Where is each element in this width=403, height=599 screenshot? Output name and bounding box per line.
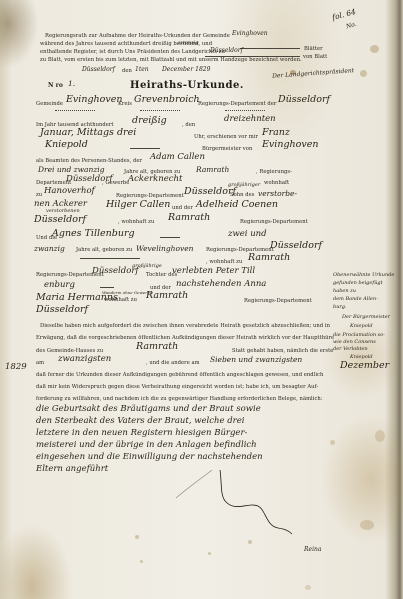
body-hand: Düsseldorf	[34, 214, 86, 225]
body-hand: Drei und zwanzig	[38, 165, 105, 174]
margin-note-line: der Verlobten	[333, 346, 368, 352]
body-hand: verstorbe-	[258, 189, 297, 198]
body-hand: zwei und	[228, 229, 267, 239]
body-hand: Eltern angeführt	[36, 464, 108, 474]
body-hand: Ackerknecht	[128, 174, 182, 184]
body-hand: dreißig	[132, 115, 167, 126]
body-hand: Kniepold	[45, 139, 88, 150]
header-blaetter: Blätter	[304, 46, 323, 53]
number-hand: 1.	[68, 79, 75, 88]
body-hand: enburg	[44, 280, 75, 290]
body-print: forderung zu willfahren, und nachdem ich…	[36, 396, 323, 403]
marriage-certificate-page: fol. 64 No. Regierungsrath zur Aufnahme …	[0, 0, 403, 599]
body-hand: Sieben und zwanzigsten	[210, 355, 302, 364]
margin-note-line: die Proclamation so-	[333, 332, 385, 338]
body-print: Uhr, erschienen vor mir	[194, 134, 258, 141]
body-hand: Franz	[262, 127, 290, 138]
president-signature: Der Landgerichtspräsident	[272, 67, 355, 80]
margin-note-line: burg.	[333, 304, 347, 310]
kreis-label: Kreis	[118, 101, 132, 108]
divider	[140, 110, 180, 111]
body-hand: Hanoverhof	[44, 186, 95, 196]
divider	[225, 110, 265, 111]
closing-word: Reina	[304, 546, 321, 553]
header-day-hand: 1ten	[135, 66, 149, 73]
body-print: , wohnhaft zu	[118, 219, 154, 226]
body-hand: Düsseldorf	[36, 304, 88, 315]
body-print: , den	[182, 122, 195, 129]
body-print: am	[36, 360, 44, 367]
body-hand: Ramrath	[248, 252, 290, 263]
body-hand: dreizehnten	[224, 114, 276, 124]
body-hand: Ramrath	[196, 165, 229, 174]
header-place-hand: Düsseldorf	[82, 66, 115, 73]
stain	[305, 585, 311, 590]
stain	[360, 520, 374, 530]
body-print: daß ferner die Urkunden dieser Aufkündig…	[36, 372, 323, 379]
stain	[375, 430, 385, 442]
header-court-hand: Düsseldorf	[210, 47, 243, 54]
folio-number-note: No.	[345, 21, 357, 31]
body-hand: Ramrath	[168, 212, 210, 223]
header-gemeinde-hand: Evinghoven	[232, 30, 268, 37]
margin-note-month: Dezember	[340, 360, 389, 371]
body-print: Dieselbe haben mich aufgefordert die zwi…	[40, 323, 330, 330]
stain	[330, 440, 335, 445]
body-hand: die Geburtsakt des Bräutigams und der Br…	[36, 404, 261, 414]
body-print: , und die andere am	[146, 360, 200, 367]
header-line-4: zu Blatt, vom ersten bis zum letzten, mi…	[40, 57, 302, 64]
blank-line	[130, 148, 160, 149]
header-month-hand: December 1829	[162, 66, 210, 73]
margin-year: 1829	[5, 362, 27, 372]
body-print: , Gewerbe	[102, 180, 129, 187]
blank-line	[240, 48, 300, 49]
header-den: den	[122, 68, 132, 75]
stain	[135, 535, 139, 539]
blank-line	[160, 237, 180, 238]
body-hand-superscript: großjährige	[132, 263, 162, 269]
body-print: daß mir kein Widerspruch gegen diese Ver…	[36, 384, 318, 391]
closing-flourish	[170, 470, 350, 550]
body-print: , Regierungs-	[256, 169, 292, 176]
blank-line	[100, 287, 114, 288]
body-hand: eingesehen und die Einwilligung der nach…	[36, 452, 263, 462]
margin-note-signature: Kniepold	[350, 323, 373, 329]
body-print: Jahre alt, geboren zu	[76, 247, 132, 254]
body-hand: Adam Callen	[150, 152, 205, 162]
body-hand: den Sterbeakt des Vaters der Braut, welc…	[36, 416, 244, 426]
body-hand: Ramrath	[146, 290, 188, 301]
dept-label: Regierungs-Departement der	[198, 101, 276, 108]
gemeinde-hand: Evinghoven	[66, 94, 123, 105]
blank-line	[80, 258, 140, 259]
body-print: Bürgermeister von	[202, 146, 252, 153]
body-print: Regierungs-Departement	[240, 219, 308, 226]
body-print: Sohn des	[230, 192, 254, 199]
margin-note-line: haben zu	[333, 288, 356, 294]
body-hand: zwanzig	[34, 244, 65, 253]
body-hand: Ramrath	[136, 341, 178, 352]
body-hand: Adelheid Coenen	[196, 199, 278, 210]
body-hand-superscript: großjähriger	[228, 182, 260, 188]
body-print: Regierungs-Departement	[244, 298, 312, 305]
page-title: Heiraths-Urkunde.	[130, 80, 244, 91]
divider	[55, 110, 95, 111]
header-line-3: enthaltende Register, ist durch Uns Präs…	[40, 49, 225, 56]
body-print: wohnhaft	[264, 180, 289, 187]
body-print: Erwägung, daß die vorgeschriebenen öffen…	[36, 335, 334, 342]
body-print: als Beamten des Personen-Standes, der	[36, 158, 142, 165]
gemeinde-label: Gemeinde	[36, 101, 63, 108]
header-line-1: Regierungsrath zur Aufnahme der Heiraths…	[45, 33, 230, 40]
number-label: N ro	[48, 82, 63, 89]
body-print: Statt gehabt haben, nämlich die erste	[232, 348, 333, 355]
margin-note-line: Obenerwähnte Urkunde	[333, 272, 394, 278]
stain	[140, 560, 143, 563]
body-hand: Hilger Callen	[106, 199, 170, 210]
margin-note-line: wie den Consens	[333, 339, 376, 345]
kreis-hand: Grevenbroich	[134, 94, 200, 105]
body-print: zu	[36, 192, 42, 199]
body-print: wohnhaft zu	[104, 297, 137, 304]
body-print: , wohnhaft zu	[206, 259, 242, 266]
body-hand: Agnes Tillenburg	[52, 228, 135, 239]
body-print: und der	[172, 205, 193, 212]
dept-hand: Düsseldorf	[278, 94, 330, 105]
margin-note-line: dem Bande Allen-	[333, 296, 378, 302]
margin-note-line: Der Bürgermeister	[342, 314, 390, 320]
header-von-blatt: von Blatt	[303, 54, 327, 61]
stain	[370, 45, 379, 53]
stain	[360, 70, 367, 77]
body-hand: Wevelinghoven	[136, 244, 194, 253]
body-hand: Evinghoven	[262, 139, 319, 150]
body-hand: verlebten Peter Till	[172, 266, 255, 276]
body-hand-superscript: Wanderin ohne Gewerbe	[102, 290, 152, 295]
body-hand: meisterei und der übrige in den Anlagen …	[36, 440, 257, 450]
stain	[208, 552, 211, 555]
folio-note: fol. 64	[331, 7, 357, 22]
margin-note-line: gefunden beigefügt	[333, 280, 383, 286]
body-hand: letztere in den neuen Registern hiesigen…	[36, 428, 247, 438]
header-year-hand: zwanzig	[178, 40, 199, 46]
body-hand: Januar, Mittags drei	[40, 127, 136, 138]
body-hand: Düsseldorf	[270, 240, 322, 251]
body-hand: nachstehenden Anna	[176, 279, 266, 289]
body-hand: zwanzigsten	[58, 354, 111, 364]
